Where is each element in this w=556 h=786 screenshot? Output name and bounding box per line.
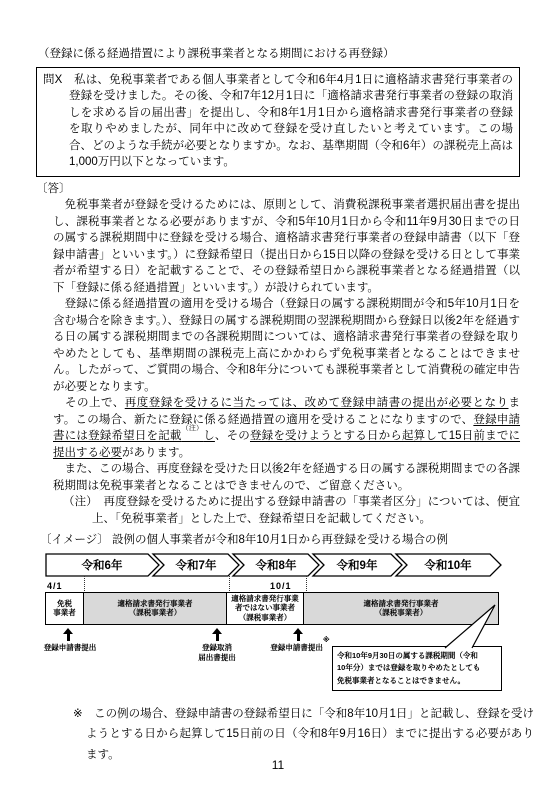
event-label-text: 登録申請書提出 — [270, 643, 323, 652]
status-segment-not-registered: 適格請求書発行事業 者ではない事業者 （課税事業者） — [226, 592, 304, 625]
year-label: 令和10年 — [423, 558, 472, 572]
asterisk-reference: ※ — [323, 637, 330, 644]
question-paragraph: 問X 私は、免税事業者である個人事業者として令和6年4月1日に適格請求書発行事業… — [43, 72, 513, 171]
question-text: 私は、免税事業者である個人事業者として令和6年4月1日に適格請求書発行事業者の登… — [62, 74, 513, 169]
image-section-heading: 〔イメージ〕 設例の個人事業者が令和8年10月1日から再登録を受ける場合の例 — [40, 532, 520, 549]
status-segment-registered-1: 適格請求書発行事業者 （課税事業者） — [83, 592, 227, 625]
year-label: 令和7年 — [175, 558, 217, 572]
up-arrow-icon — [293, 628, 303, 641]
answer-label: 〔答〕 — [36, 181, 520, 198]
status-bar: 免税 事業者 適格請求書発行事業者 （課税事業者） 適格請求書発行事業 者ではな… — [45, 592, 499, 625]
answer-paragraph-4: また、この場合、再度登録を受けた日以後2年を経過する日の属する課税期間までの各課… — [53, 461, 520, 494]
page-title: （登録に係る経過措置により課税事業者となる期間における再登録） — [38, 46, 520, 63]
dotted-line — [84, 576, 85, 591]
document-page: （登録に係る経過措置により課税事業者となる期間における再登録） 問X 私は、免税… — [0, 0, 556, 786]
p3-text: 、その — [215, 430, 250, 442]
p3-underline-1: 再度登録を受けるに当たっては、改めて登録申請書の提出が必要となり — [125, 397, 509, 409]
year-timeline-band: 令和6年 令和7年 令和8年 令和9年 令和10年 — [45, 553, 515, 578]
answer-paragraph-1: 免税事業者が登録を受けるためには、原則として、消費税課税事業者選択届出書を提出し… — [53, 197, 520, 296]
event-label-application-2: 登録申請書提出※ — [256, 643, 344, 653]
year-label: 令和9年 — [336, 558, 378, 572]
question-label: 問X — [43, 74, 62, 86]
status-segment-exempt: 免税 事業者 — [45, 592, 84, 625]
timeline-diagram: 令和6年 令和7年 令和8年 令和9年 令和10年 4/1 10/1 免税 事業… — [38, 551, 520, 697]
note-reference: （注） — [182, 425, 204, 432]
up-arrow-icon — [212, 628, 222, 641]
p3-underline-2-text: し — [203, 430, 215, 442]
answer-note: （注） 再度登録を受けるために提出する登録申請書の「事業者区分」については、便宜… — [63, 494, 520, 527]
dotted-line — [229, 576, 230, 591]
answer-paragraph-2: 登録に係る経過措置の適用を受ける場合（登録日の属する課税期間が令和5年10月1日… — [53, 296, 520, 395]
event-label-cancellation: 登録取消 届出書提出 — [181, 643, 253, 663]
year-label: 令和8年 — [255, 558, 297, 572]
callout-box: 令和10年9月30日の属する課税期間（令和 10年分）までは登録を取りやめたとし… — [332, 646, 502, 692]
question-box: 問X 私は、免税事業者である個人事業者として令和6年4月1日に適格請求書発行事業… — [36, 67, 520, 177]
dotted-line — [306, 576, 307, 591]
page-number: 11 — [0, 757, 556, 774]
year-label: 令和6年 — [81, 558, 123, 572]
up-arrow-icon — [63, 628, 73, 641]
event-label-application-1: 登録申請書提出 — [34, 643, 106, 653]
status-segment-registered-2: 適格請求書発行事業者 （課税事業者） — [303, 592, 499, 625]
p3-text: があります。 — [122, 447, 190, 459]
answer-paragraph-3: その上で、再度登録を受けるに当たっては、改めて登録申請書の提出が必要となります。… — [53, 395, 520, 461]
p3-text: その上で、 — [53, 397, 125, 409]
